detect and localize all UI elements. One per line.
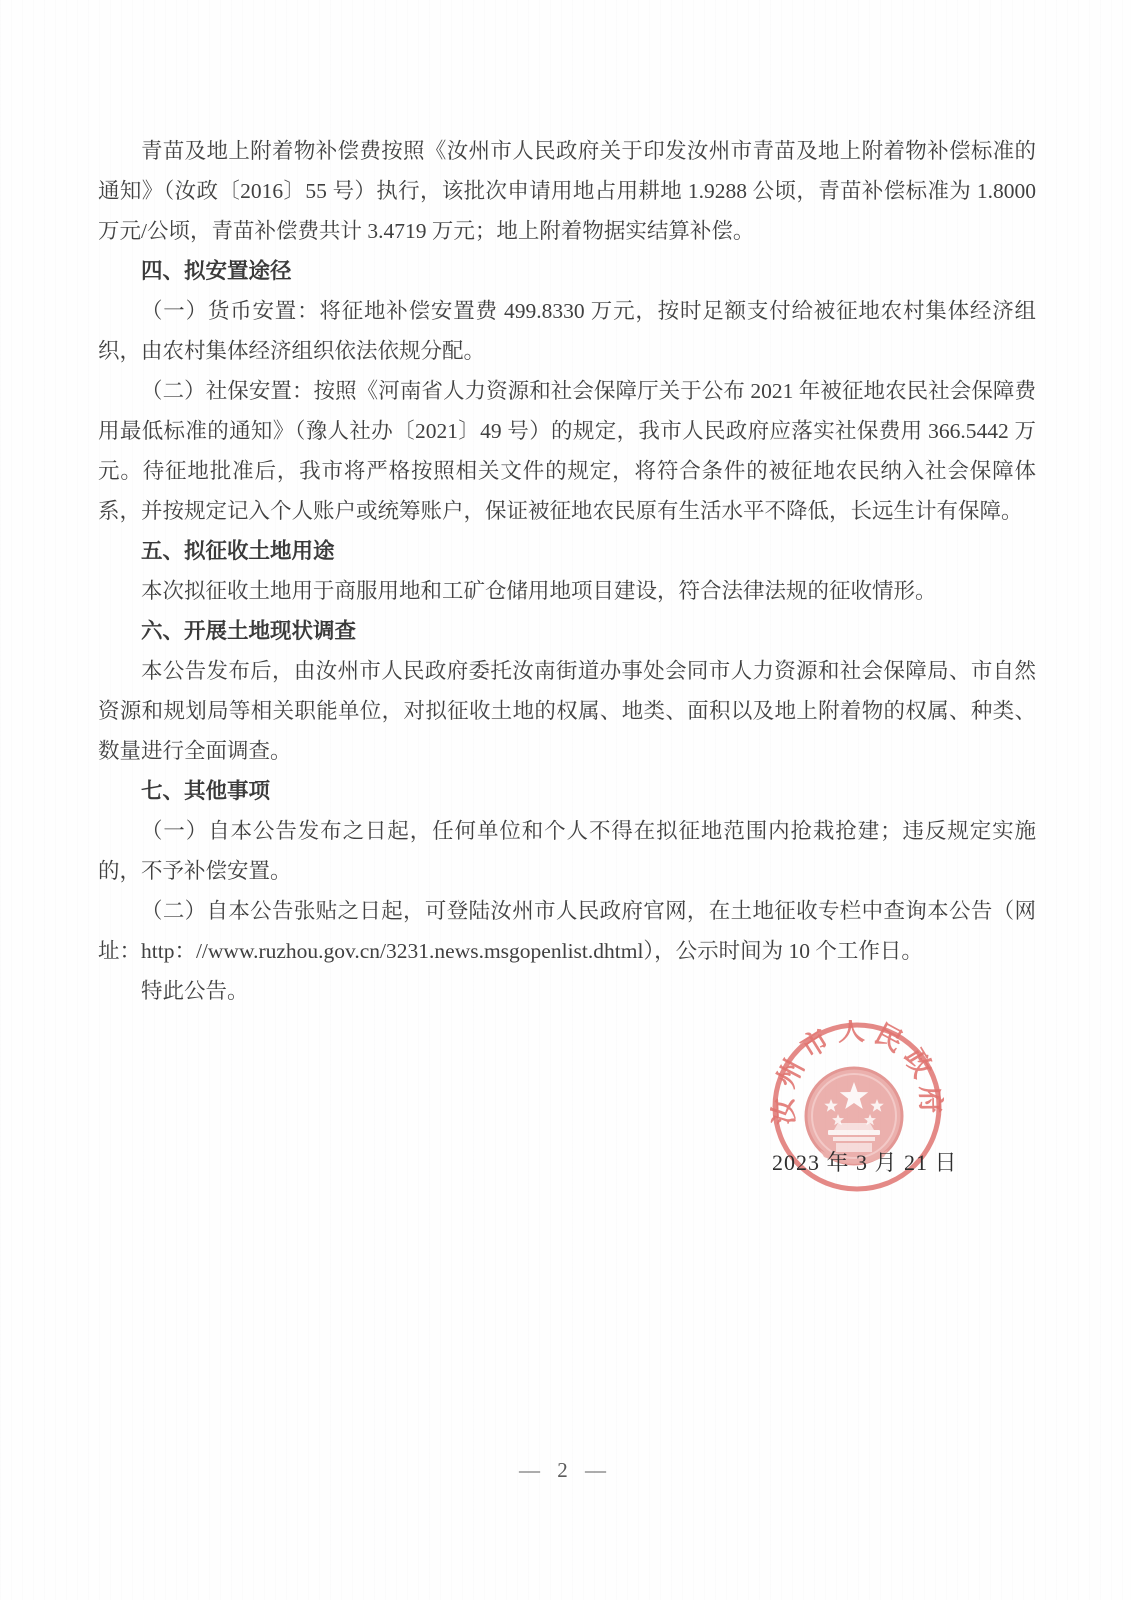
- heading-section-5: 五、拟征收土地用途: [98, 531, 1036, 571]
- page-number: — 2 —: [0, 1458, 1131, 1483]
- paragraph-social-security: （二）社保安置：按照《河南省人力资源和社会保障厅关于公布 2021 年被征地农民…: [98, 371, 1036, 531]
- signature-date: 2023 年 3 月 21 日: [772, 1146, 948, 1180]
- heading-section-7: 七、其他事项: [98, 771, 1036, 811]
- announcement-body: 青苗及地上附着物补偿费按照《汝州市人民政府关于印发汝州市青苗及地上附着物补偿标准…: [98, 131, 1036, 1011]
- paragraph-no-rush-planting: （一）自本公告发布之日起，任何单位和个人不得在拟征地范围内抢栽抢建；违反规定实施…: [98, 811, 1036, 891]
- paragraph-monetary-resettle: （一）货币安置：将征地补偿安置费 499.8330 万元，按时足额支付给被征地农…: [98, 291, 1036, 371]
- paragraph-website-notice: （二）自本公告张贴之日起，可登陆汝州市人民政府官网，在土地征收专栏中查询本公告（…: [98, 891, 1036, 971]
- heading-section-4: 四、拟安置途径: [98, 251, 1036, 291]
- paragraph-land-survey: 本公告发布后，由汝州市人民政府委托汝南街道办事处会同市人力资源和社会保障局、市自…: [98, 651, 1036, 771]
- paragraph-land-use: 本次拟征收土地用于商服用地和工矿仓储用地项目建设，符合法律法规的征收情形。: [98, 571, 1036, 611]
- paragraph-hereby-announced: 特此公告。: [98, 971, 1036, 1011]
- document-page: 青苗及地上附着物补偿费按照《汝州市人民政府关于印发汝州市青苗及地上附着物补偿标准…: [0, 0, 1131, 1600]
- heading-section-6: 六、开展土地现状调查: [98, 611, 1036, 651]
- paragraph-crop-compensation: 青苗及地上附着物补偿费按照《汝州市人民政府关于印发汝州市青苗及地上附着物补偿标准…: [98, 131, 1036, 251]
